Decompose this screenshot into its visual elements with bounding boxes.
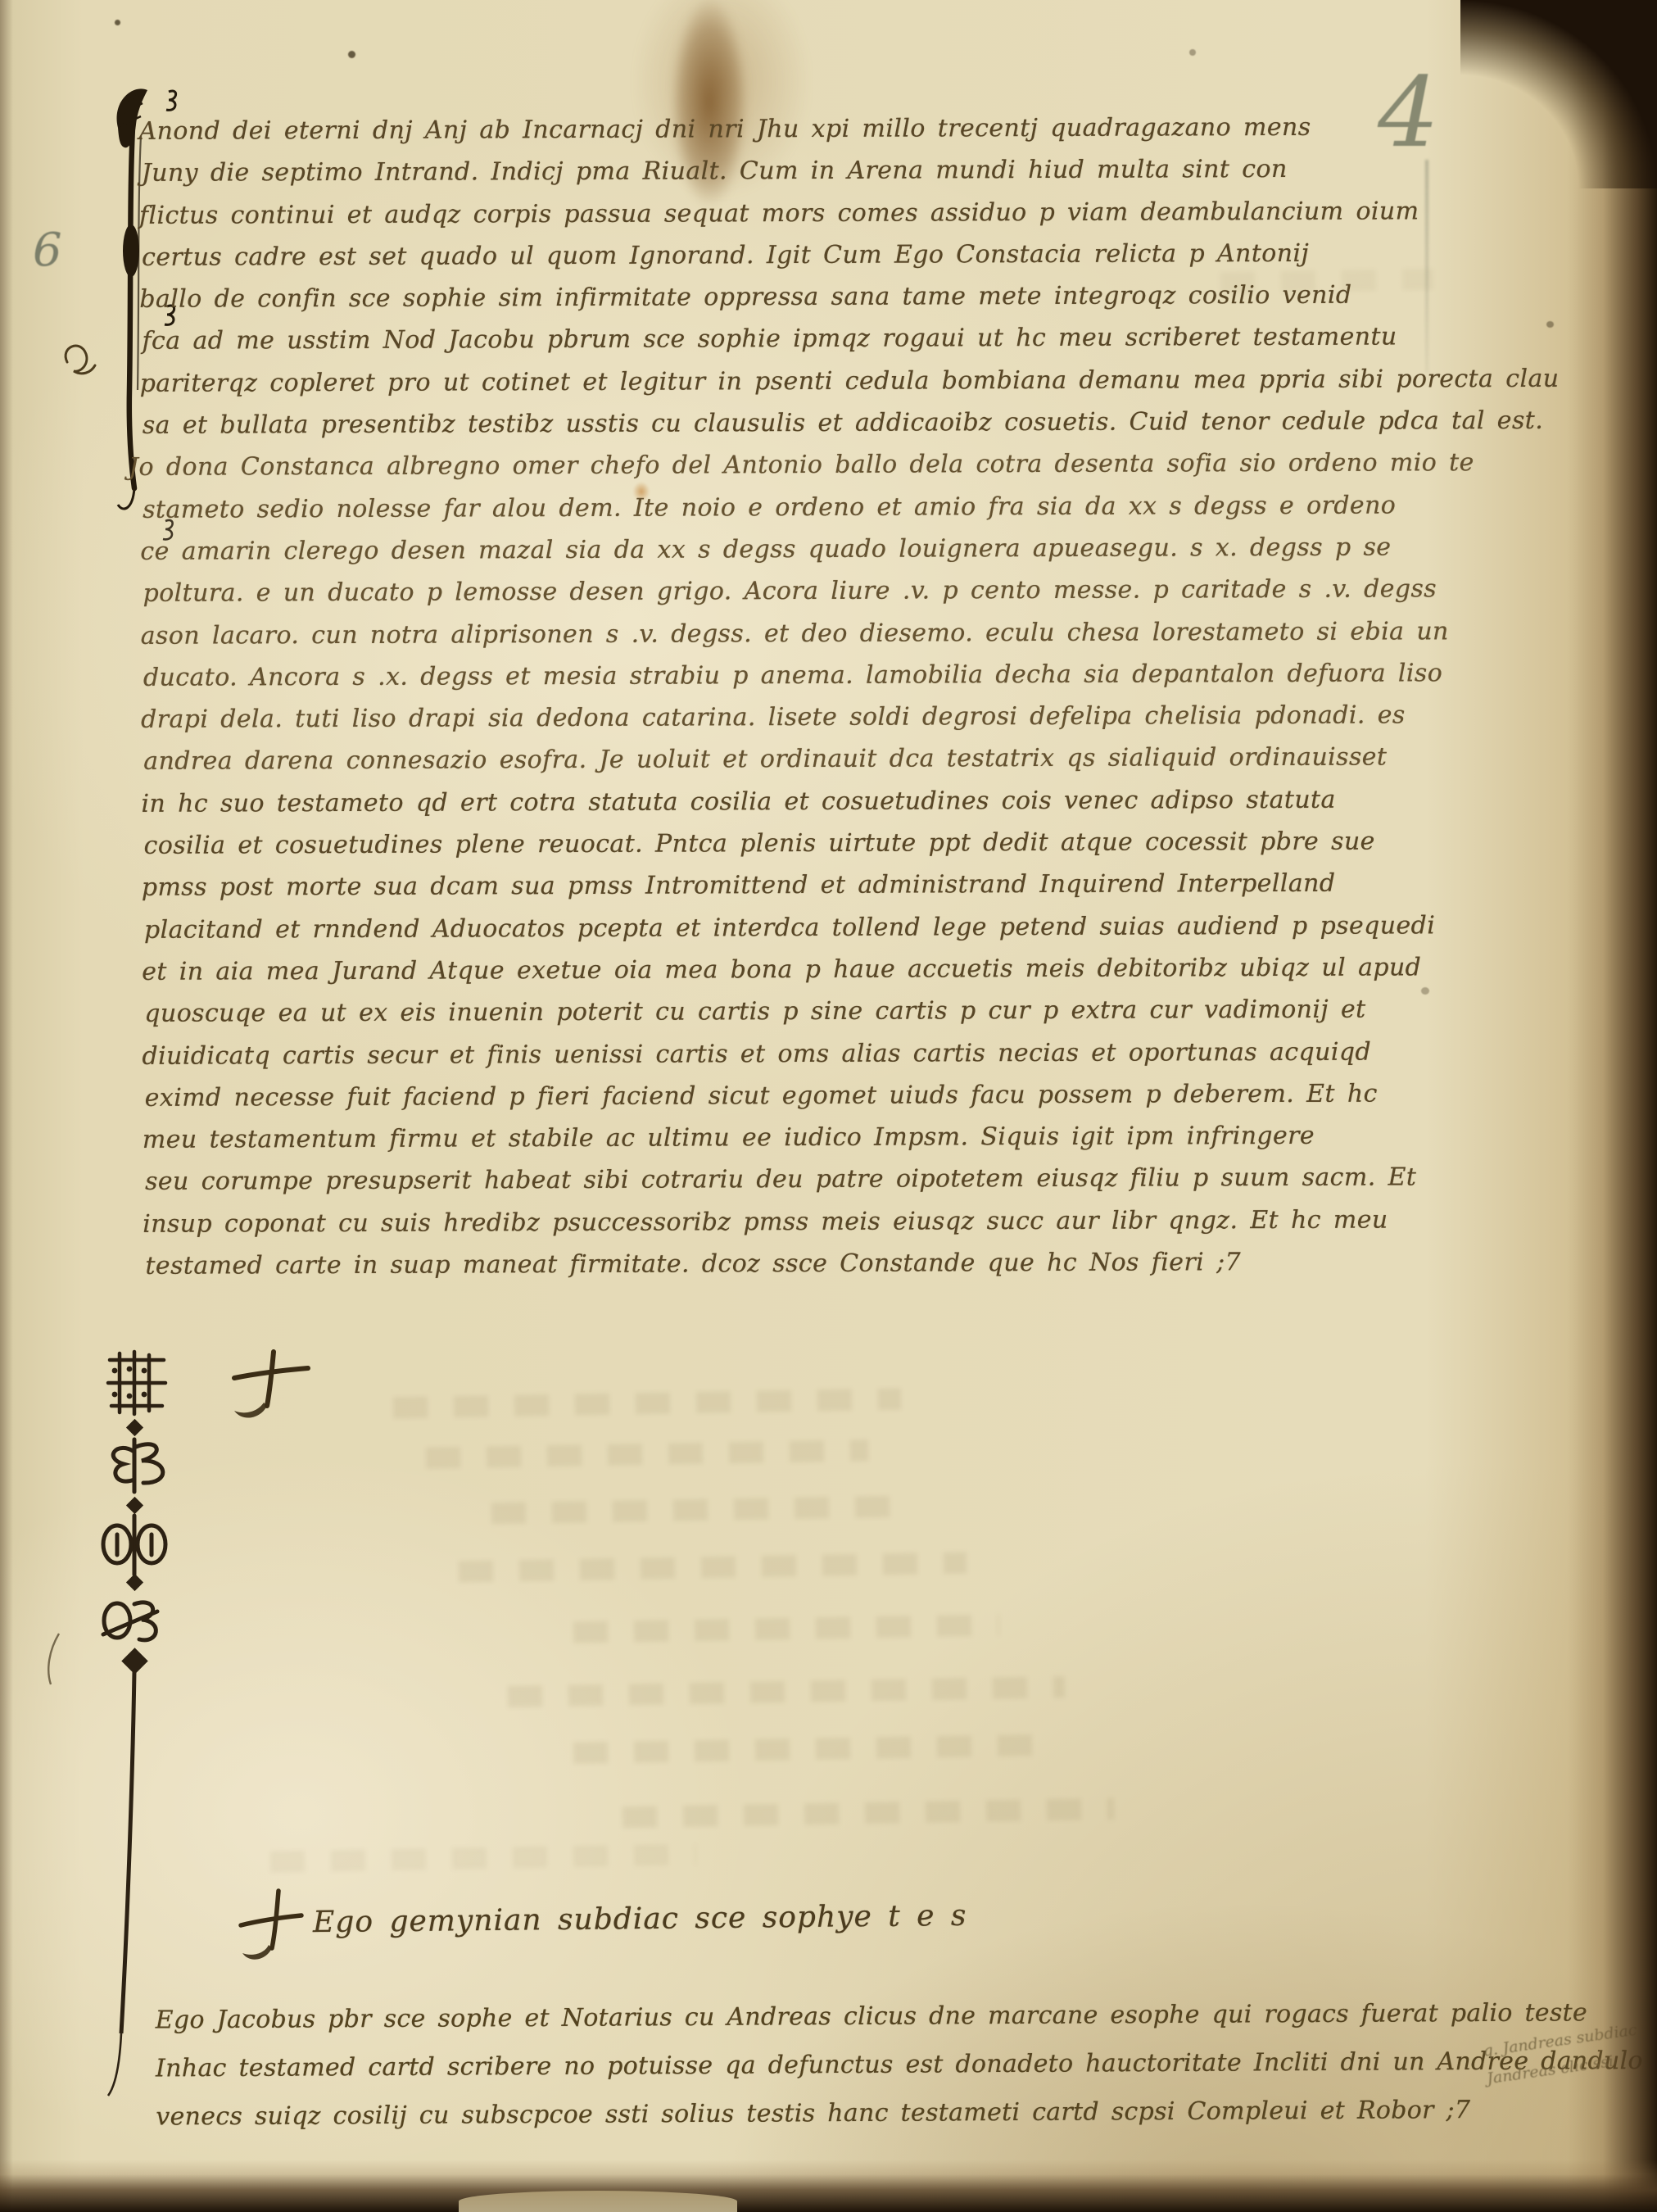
next-page-edge [459,2191,737,2212]
manuscript-line: Juny die septimo Intrand. Indicj pma Riu… [142,147,1469,194]
manuscript-line: pmss post morte sua dcam sua pmss Introm… [142,863,1469,909]
manuscript-line: placitand et rnndend Aduocatos pcepta et… [144,904,1471,951]
speck [115,20,120,25]
speck [1546,321,1554,328]
show-through [270,1843,696,1872]
manuscript-line: poltura. e un ducato p lemosse desen gri… [143,568,1469,614]
manuscript-line: cosilia et cosuetudines plene reuocat. P… [144,820,1471,867]
manuscript-line: Anond dei eterni dnj Anj ab Incarnacj dn… [138,106,1465,152]
notary-line: venecs suiqz cosilij cu subscpcoe ssti s… [156,2086,1548,2142]
parchment-page: 4 6 Anond dei eterni dnj Anj ab Incarnac… [0,0,1657,2212]
manuscript-line: pariterqz copleret pro ut cotinet et leg… [140,358,1467,405]
manuscript-line: meu testamentum firmu et stabile ac ulti… [143,1114,1469,1161]
notary-signum-icon [80,1345,203,2107]
manuscript-line: quoscuqe ea ut ex eis inuenin poterit cu… [144,988,1471,1035]
manuscript-line: stameto sedio nolesse far alou dem. Ite … [143,484,1469,531]
manuscript-line: certus cadre est set quado ul quom Ignor… [142,232,1469,279]
margin-flourish-icon [57,338,106,377]
manuscript-line: ce amarin clerego desen mazal sia da xx … [140,526,1467,573]
manuscript-line: insup coponat cu suis hredibz psuccessor… [143,1199,1469,1245]
speck [348,51,355,58]
manuscript-line: eximd necesse fuit faciend p fieri facie… [145,1072,1472,1119]
speck [1189,49,1196,56]
page-edge-left [0,0,13,2212]
notary-subscription-block: Ego Jacobus pbr sce sophe et Notarius cu… [156,1989,1549,2142]
manuscript-line: Jo dona Constanca albregno omer chefo de… [129,442,1456,489]
show-through [623,1798,1114,1828]
subscription-cross-icon [234,1883,306,1969]
manuscript-line: diuidicatq cartis secur et finis uenissi… [142,1031,1469,1077]
manuscript-line: flictus continui et audqz corpis passua … [139,190,1466,237]
show-through [573,1614,999,1643]
manuscript-line: drapi dela. tuti liso drapi sia dedona c… [141,694,1468,741]
show-through [426,1439,868,1468]
show-through [508,1676,1065,1707]
notary-line: Inhac testamed cartd scribere no potuiss… [156,2037,1548,2093]
witness-subscription: Ego gemynian subdiac sce sophye t e s [313,1899,967,1939]
manuscript-line: testamed carte in suap maneat firmitate.… [145,1240,1472,1287]
show-through [459,1552,967,1583]
manuscript-line: seu corumpe presupserit habeat sibi cotr… [145,1157,1472,1203]
manuscript-scan: { "page": { "folio_number": "4", "quire_… [0,0,1657,2212]
testament-text-block: Anond dei eterni dnj Anj ab Incarnacj dn… [138,106,1469,1287]
page-corner-top-right [1460,0,1657,188]
manuscript-line: ballo de confin sce sophie sim infirmita… [139,274,1466,320]
signum-tail-hook [41,1630,62,1688]
manuscript-line: andrea darena connesazio esofra. Je uolu… [143,737,1470,783]
show-through [491,1496,901,1525]
page-edge-bottom [0,2160,1657,2212]
manuscript-line: et in aia mea Jurand Atque exetue oia me… [142,946,1469,993]
manuscript-line: ason lacaro. cun notra aliprisonen s .v.… [141,610,1468,657]
notary-line: Ego Jacobus pbr sce sophe et Notarius cu… [156,1989,1548,2045]
quire-number: 6 [33,228,62,274]
tau-cross-icon [223,1345,318,1424]
manuscript-line: fca ad me usstim Nod Jacobu pbrum sce so… [142,316,1469,363]
manuscript-line: ducato. Ancora s .x. degss et mesia stra… [143,652,1470,699]
manuscript-line: sa et bullata presentibz testibz usstis … [143,400,1469,446]
show-through [393,1389,901,1419]
page-edge-right [1567,0,1657,2212]
show-through [573,1734,1032,1764]
manuscript-line: in hc suo testameto qd ert cotra statuta… [141,778,1468,825]
